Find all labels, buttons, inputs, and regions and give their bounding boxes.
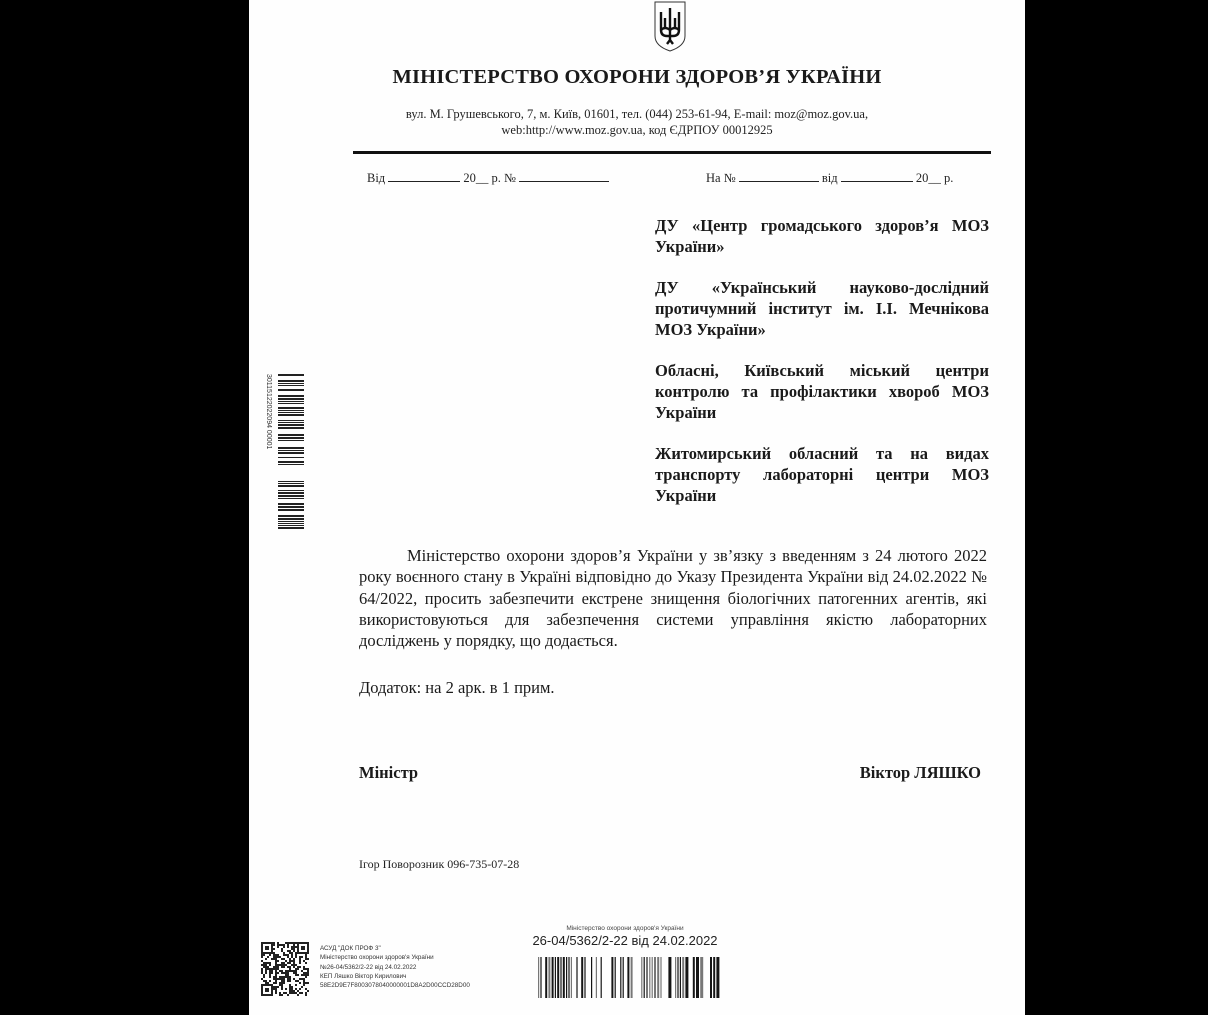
- meta-line: Міністерство охорони здоров'я України: [320, 953, 470, 962]
- signatory-role: Міністр: [359, 763, 418, 783]
- header-divider: [353, 151, 991, 154]
- meta-line: №26-04/5362/2-22 від 24.02.2022: [320, 963, 470, 972]
- date-blank: [388, 170, 460, 182]
- svg-text:30115122022094 00001: 30115122022094 00001: [265, 374, 272, 450]
- outgoing-reference: Від 20__ р. №: [367, 170, 609, 186]
- registration-stamp: Міністерство охорони здоров'я України 26…: [525, 925, 725, 948]
- recipient: ДУ «Центр громадського здоров’я МОЗ Укра…: [655, 215, 989, 257]
- meta-line: 58E2D9E7F8003078040000001D8A2D00CCD28D00: [320, 981, 470, 990]
- document-page: МІНІСТЕРСТВО ОХОРОНИ ЗДОРОВ’Я УКРАЇНИ ву…: [249, 0, 1025, 1015]
- executor-contact: Ігор Поворозник 096-735-07-28: [359, 857, 519, 872]
- recipients-block: ДУ «Центр громадського здоров’я МОЗ Укра…: [655, 215, 989, 526]
- recipient: Житомирський обласний та на видах трансп…: [655, 443, 989, 506]
- address-line-2: web:http://www.moz.gov.ua, код ЄДРПОУ 00…: [249, 122, 1025, 138]
- ministry-address: вул. М. Грушевського, 7, м. Київ, 01601,…: [249, 106, 1025, 138]
- side-barcode-icon: 30115122022094 00001: [261, 370, 306, 535]
- trident-coat-of-arms-icon: [653, 0, 687, 52]
- recipient: ДУ «Український науково-дослідний протич…: [655, 277, 989, 340]
- qr-code-icon: [261, 942, 309, 996]
- reply-year-label: 20__ р.: [916, 171, 954, 185]
- signatory-name: Віктор ЛЯШКО: [860, 763, 981, 783]
- meta-line: КЕП Ляшко Віктор Кирилович: [320, 972, 470, 981]
- reply-number-blank: [739, 170, 819, 182]
- recipient: Обласні, Київський міський центри контро…: [655, 360, 989, 423]
- registration-barcode-icon: [534, 955, 722, 1000]
- reply-number-label: На №: [706, 171, 736, 185]
- attachment-note: Додаток: на 2 арк. в 1 прим.: [359, 678, 555, 698]
- e-signature-metadata: АСУД "ДОК ПРОФ 3" Міністерство охорони з…: [320, 944, 470, 990]
- incoming-reference: На № від 20__ р.: [706, 170, 953, 186]
- address-line-1: вул. М. Грушевського, 7, м. Київ, 01601,…: [249, 106, 1025, 122]
- from-label: Від: [367, 171, 385, 185]
- registration-org: Міністерство охорони здоров'я України: [525, 925, 725, 932]
- registration-number: 26-04/5362/2-22 від 24.02.2022: [525, 933, 725, 948]
- letter-body: Міністерство охорони здоров’я України у …: [359, 545, 987, 651]
- reply-date-blank: [841, 170, 913, 182]
- reply-from-label: від: [822, 171, 838, 185]
- ministry-title: МІНІСТЕРСТВО ОХОРОНИ ЗДОРОВ’Я УКРАЇНИ: [249, 66, 1025, 89]
- meta-line: АСУД "ДОК ПРОФ 3": [320, 944, 470, 953]
- number-blank: [519, 170, 609, 182]
- year-number-label: 20__ р. №: [463, 171, 516, 185]
